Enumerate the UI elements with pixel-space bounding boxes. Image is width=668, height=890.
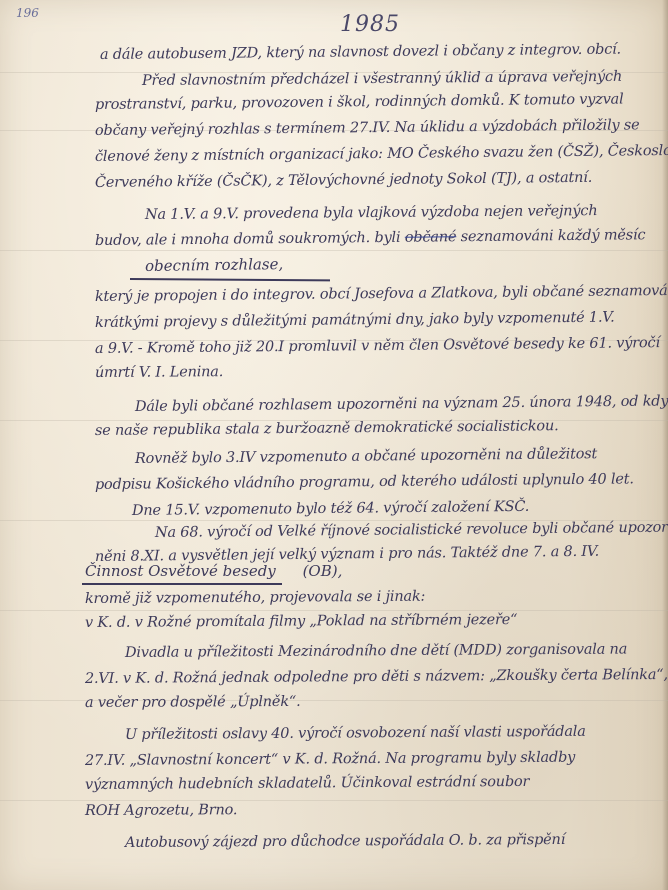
text-line: 2.VI. v K. d. Rožná jednak odpoledne pro… bbox=[85, 668, 668, 687]
text-line: úmrtí V. I. Lenina. bbox=[95, 365, 223, 380]
heading-underline bbox=[82, 583, 282, 585]
ruled-line bbox=[0, 610, 668, 611]
text-line: který je propojen i do integrov. obcí Jo… bbox=[95, 284, 668, 305]
text-line: občany veřejný rozhlas s termínem 27.IV.… bbox=[95, 118, 640, 138]
text-line: ROH Agrozetu, Brno. bbox=[85, 803, 237, 818]
text-line: a dále autobusem JZD, který na slavnost … bbox=[100, 43, 621, 63]
text-line: U příležitosti oslavy 40. výročí osvoboz… bbox=[125, 725, 586, 743]
heading-text: Činnost Osvětové besedy bbox=[85, 562, 276, 580]
text-line: se naše republika stala z buržoazně demo… bbox=[95, 419, 559, 438]
text-line: a večer pro dospělé „Úplněk“. bbox=[85, 695, 301, 711]
chronicle-page: 196 1985 a dále autobusem JZD, který na … bbox=[0, 0, 668, 890]
text-line: Dne 15.V. vzpomenuto bylo též 64. výročí… bbox=[132, 500, 529, 519]
text-line: krátkými projevy s důležitými památnými … bbox=[95, 311, 615, 331]
text-line: Autobusový zájezd pro důchodce uspořádal… bbox=[125, 833, 565, 851]
text-line: Na 1.V. a 9.V. provedena byla vlajková v… bbox=[145, 204, 598, 222]
line-text-before-strike: budov, ale i mnoha domů soukromých. byli bbox=[95, 230, 405, 249]
text-line: Na 68. výročí od Velké říjnové socialist… bbox=[155, 521, 668, 541]
text-line: Před slavnostním předcházel i všestranný… bbox=[142, 70, 622, 89]
section-heading-osvetova-beseda: Činnost Osvětové besedy (OB), bbox=[85, 562, 342, 580]
text-line: podpisu Košického vládního programu, od … bbox=[95, 472, 634, 492]
text-line: Dále byli občané rozhlasem upozorněni na… bbox=[135, 394, 668, 414]
line-text-after-strike: seznamováni každý měsíc bbox=[456, 227, 645, 245]
text-line: Divadla u příležitosti Mezinárodního dne… bbox=[125, 642, 627, 660]
text-line: kromě již vzpomenutého, projevovala se i… bbox=[85, 590, 425, 607]
ruled-line bbox=[0, 250, 668, 251]
section-heading-rozhlas: obecním rozhlase, bbox=[145, 255, 283, 275]
text-line: Červeného kříže (ČsČK), z Tělovýchovné j… bbox=[95, 171, 592, 191]
page-number: 196 bbox=[16, 6, 39, 20]
year-heading: 1985 bbox=[340, 12, 400, 37]
heading-underline bbox=[130, 278, 330, 281]
text-line: a 9.V. - Kromě toho již 20.I promluvil v… bbox=[95, 336, 660, 356]
text-line: významných hudebních skladatelů. Účinkov… bbox=[85, 775, 529, 793]
struck-word: občané bbox=[405, 229, 457, 246]
ruled-line bbox=[0, 800, 668, 801]
text-line: členové ženy z místních organizací jako:… bbox=[95, 144, 668, 165]
text-line: v K. d. v Rožné promítala filmy „Poklad … bbox=[85, 613, 517, 631]
text-line: budov, ale i mnoha domů soukromých. byli… bbox=[95, 228, 646, 248]
text-line: 27.IV. „Slavnostní koncert“ v K. d. Rožn… bbox=[85, 751, 575, 769]
page-edge-shadow bbox=[662, 0, 668, 890]
heading-abbreviation: (OB), bbox=[303, 562, 343, 580]
text-line: Rovněž bylo 3.IV vzpomenuto a občané upo… bbox=[135, 447, 597, 466]
text-line: prostranství, parku, provozoven i škol, … bbox=[95, 92, 624, 112]
